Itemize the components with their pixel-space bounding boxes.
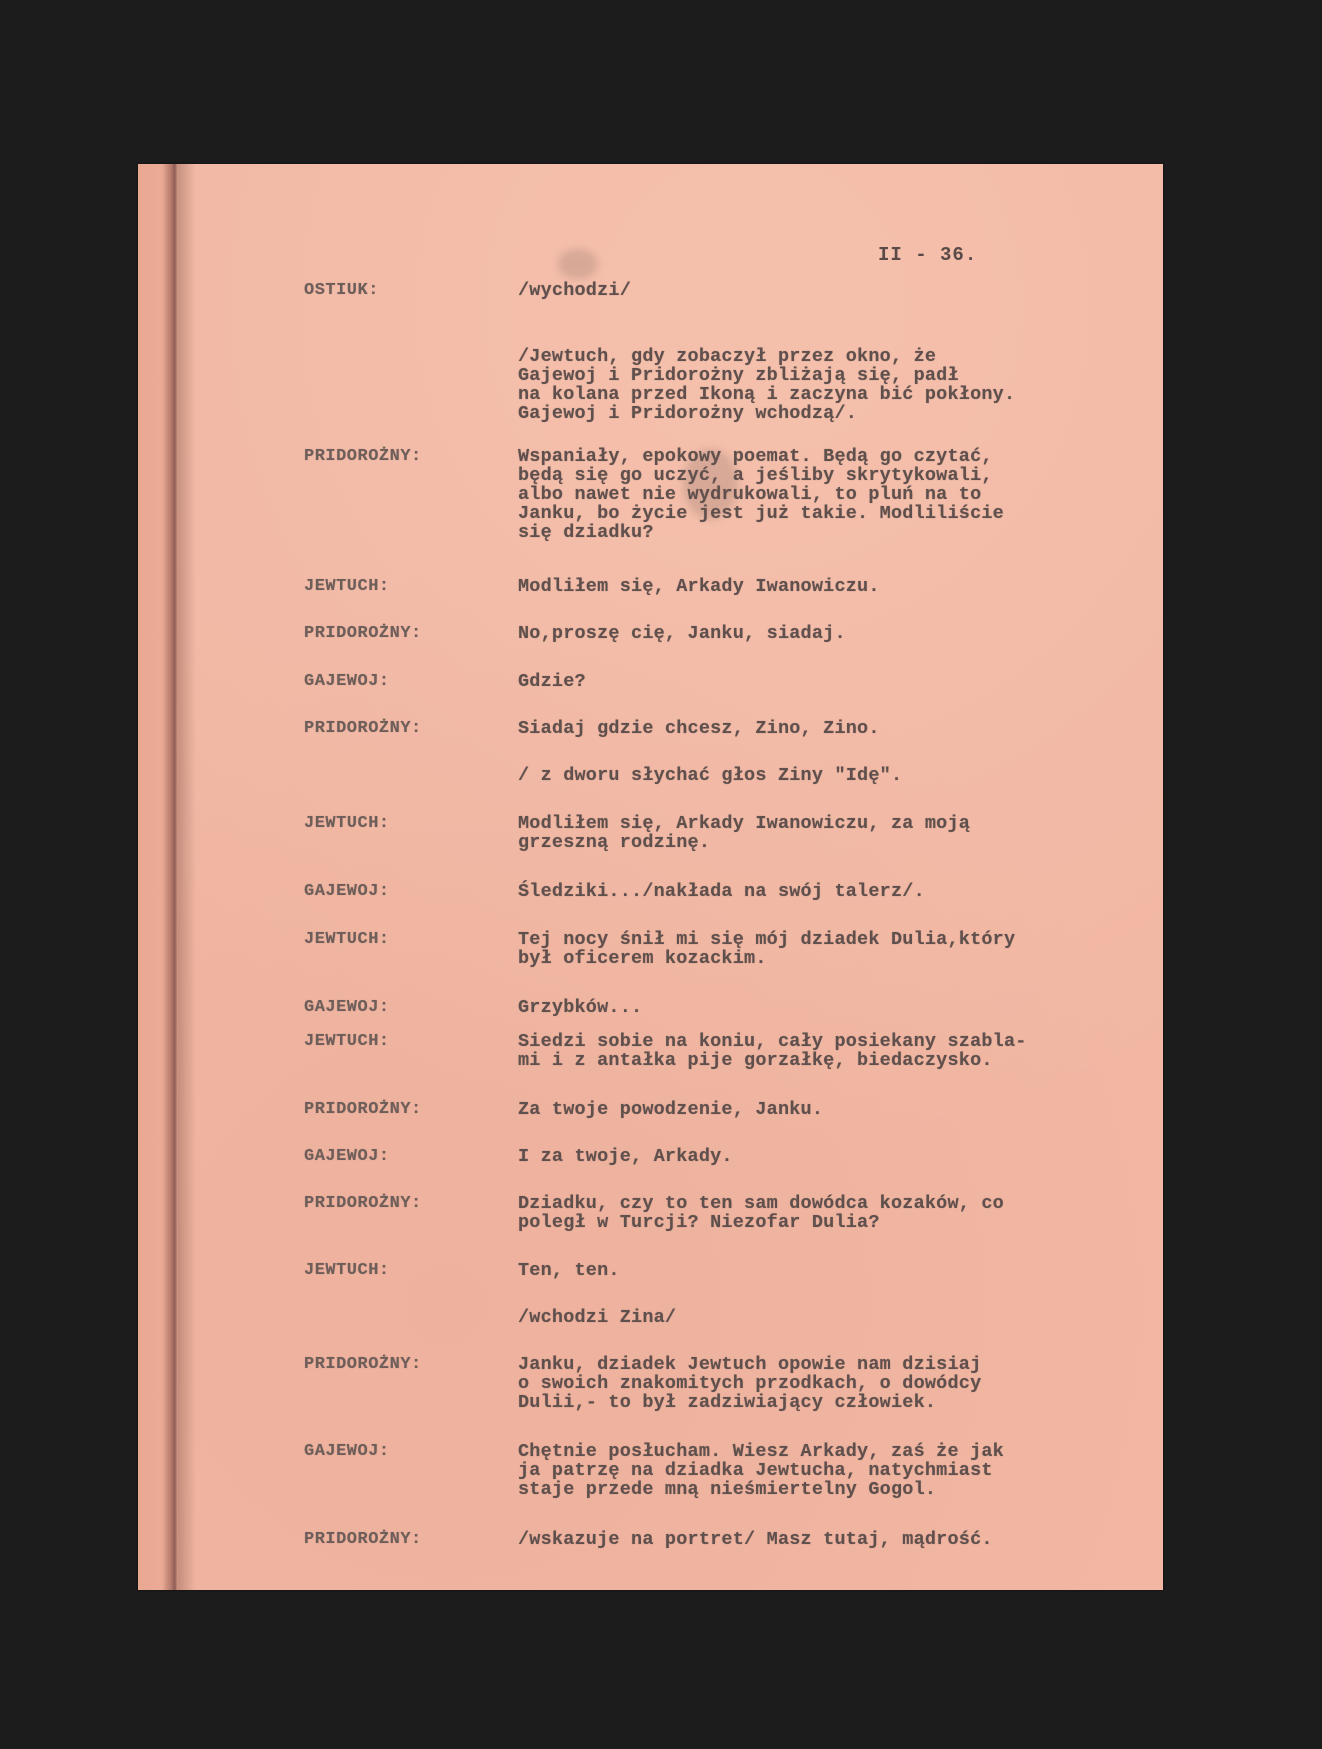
dialogue-line: Modliłem się, Arkady Iwanowiczu. xyxy=(518,577,1138,596)
speaker-name: PRIDOROŻNY: xyxy=(304,1355,422,1374)
dialogue-line: /wskazuje na portret/ Masz tutaj, mądroś… xyxy=(518,1530,1138,1549)
dialogue-line: Siedzi sobie na koniu, cały posiekany sz… xyxy=(518,1032,1138,1070)
speaker-name: JEWTUCH: xyxy=(304,577,390,596)
speaker-name: GAJEWOJ: xyxy=(304,1442,390,1461)
dialogue-line: Gdzie? xyxy=(518,672,1138,691)
dialogue-line: Janku, dziadek Jewtuch opowie nam dzisia… xyxy=(518,1355,1138,1412)
dialogue-line: /wychodzi/ xyxy=(518,281,1138,300)
document-page: II - 36. OSTIUK:/wychodzi//Jewtuch, gdy … xyxy=(138,164,1163,1590)
speaker-name: JEWTUCH: xyxy=(304,1032,390,1051)
speaker-name: GAJEWOJ: xyxy=(304,1147,390,1166)
speaker-name: JEWTUCH: xyxy=(304,814,390,833)
speaker-name: GAJEWOJ: xyxy=(304,672,390,691)
dialogue-line: Za twoje powodzenie, Janku. xyxy=(518,1100,1138,1119)
speaker-name: JEWTUCH: xyxy=(304,1261,390,1280)
speaker-name: PRIDOROŻNY: xyxy=(304,719,422,738)
speaker-name: JEWTUCH: xyxy=(304,930,390,949)
dialogue-line: Grzybków... xyxy=(518,998,1138,1017)
dialogue-line: Ten, ten. xyxy=(518,1261,1138,1280)
speaker-name: PRIDOROŻNY: xyxy=(304,624,422,643)
dialogue-line: Tej nocy śnił mi się mój dziadek Dulia,k… xyxy=(518,930,1138,968)
stage-direction: /wchodzi Zina/ xyxy=(518,1308,1138,1327)
speaker-name: PRIDOROŻNY: xyxy=(304,1100,422,1119)
speaker-name: PRIDOROŻNY: xyxy=(304,447,422,466)
dialogue-line: Wspaniały, epokowy poemat. Będą go czyta… xyxy=(518,447,1138,542)
dialogue-line: Siadaj gdzie chcesz, Zino, Zino. xyxy=(518,719,1138,738)
dialogue-line: Dziadku, czy to ten sam dowódca kozaków,… xyxy=(518,1194,1138,1232)
dialogue-line: Modliłem się, Arkady Iwanowiczu, za moją… xyxy=(518,814,1138,852)
stage-direction: / z dworu słychać głos Ziny "Idę". xyxy=(518,766,1138,785)
script-body: OSTIUK:/wychodzi//Jewtuch, gdy zobaczył … xyxy=(138,164,1163,1590)
speaker-name: PRIDOROŻNY: xyxy=(304,1530,422,1549)
dialogue-line: No,proszę cię, Janku, siadaj. xyxy=(518,624,1138,643)
dialogue-line: Śledziki.../nakłada na swój talerz/. xyxy=(518,882,1138,901)
speaker-name: GAJEWOJ: xyxy=(304,882,390,901)
speaker-name: GAJEWOJ: xyxy=(304,998,390,1017)
stage-direction: /Jewtuch, gdy zobaczył przez okno, że Ga… xyxy=(518,347,1138,423)
dialogue-line: Chętnie posłucham. Wiesz Arkady, zaś że … xyxy=(518,1442,1138,1499)
speaker-name: PRIDOROŻNY: xyxy=(304,1194,422,1213)
dialogue-line: I za twoje, Arkady. xyxy=(518,1147,1138,1166)
speaker-name: OSTIUK: xyxy=(304,281,379,300)
